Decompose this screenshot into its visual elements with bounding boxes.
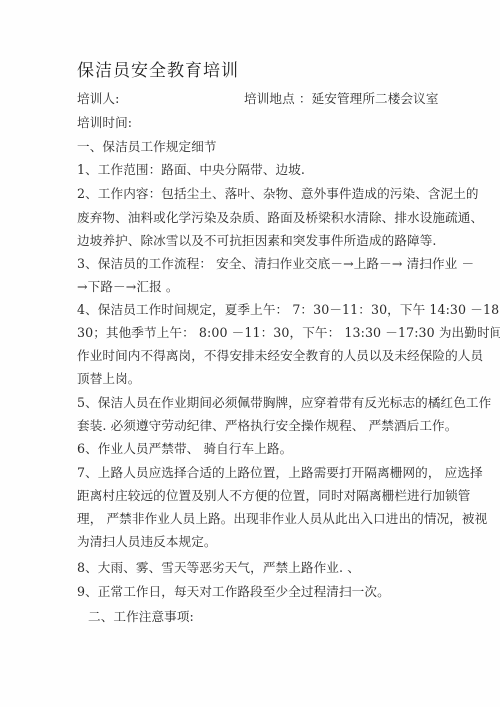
list-item-4-line-2: 30；其他季节上午： 8:00 －11：30，下午： 13:30 －17:30 … [77,325,433,341]
section-heading-1: 一、保洁员工作规定细节 [77,139,437,155]
list-item-5-line-2: 套装. 必须遵守劳动纪律、严格执行安全操作规程、 严禁酒后工作。 [77,418,437,434]
list-item-3-line-2: →下路－→汇报 。 [77,279,437,295]
list-item-4-line-4: 顶替上岗。 [77,371,437,387]
list-item-6-line-1: 6、作业人员严禁带、 骑自行车上路。 [77,441,437,457]
list-item-5-line-1: 5、保洁人员在作业期间必须佩带胸牌，应穿着带有反光标志的橘红色工作 [77,395,433,411]
list-item-7-line-4: 为清扫人员违反本规定。 [77,534,437,550]
list-item-2-line-3: 边坡养护、除冰雪以及不可抗拒因素和突发事件所造成的路障等. [77,233,437,249]
list-item-8-line-1: 8、大雨、雾、雪天等恶劣天气，严禁上路作业. 、 [77,560,437,576]
section-heading-2: 二、工作注意事项: [88,609,448,625]
list-item-3-line-1: 3、保洁员的工作流程： 安全、清扫作业交底－→上路－→ 清扫作业 － [77,256,433,272]
list-item-7-line-3: 理， 严禁非作业人员上路。出现非作业人员从此出入口进出的情况，被视 [77,511,433,527]
document-page: 保洁员安全教育培训 培训人: 培训地点 ：延安管理所二楼会议室 培训时间: 一、… [0,0,500,707]
list-item-2-line-2: 废弃物、油料或化学污染及杂质、路面及桥梁积水清除、排水设施疏通、 [77,210,433,226]
list-item-2-line-1: 2、工作内容：包括尘土、落叶、杂物、意外事件造成的污染、含泥土的 [77,186,433,202]
training-time-label: 培训时间: [77,115,437,131]
list-item-7-line-2: 距离村庄较远的位置及别人不方便的位置，同时对隔离栅栏进行加锁管 [77,488,433,504]
list-item-4-line-1: 4、保洁员工作时间规定，夏季上午： 7：30－11：30，下午 14:30 －1… [77,302,433,318]
location-field: 培训地点 ：延安管理所二楼会议室 [244,91,444,107]
trainer-label: 培训人: [77,91,119,106]
list-item-7-line-1: 7、上路人员应选择合适的上路位置，上路需要打开隔离栅网的， 应选择 [77,465,433,481]
list-item-9-line-1: 9、正常工作日，每天对工作路段至少全过程清扫一次。 [77,584,437,600]
list-item-1-line-1: 1、工作范围：路面、中央分隔带、边坡. [77,162,437,178]
document-title: 保洁员安全教育培训 [77,63,437,79]
list-item-4-line-3: 作业时间内不得离岗，不得安排未经安全教育的人员以及未经保险的人员 [77,348,433,364]
